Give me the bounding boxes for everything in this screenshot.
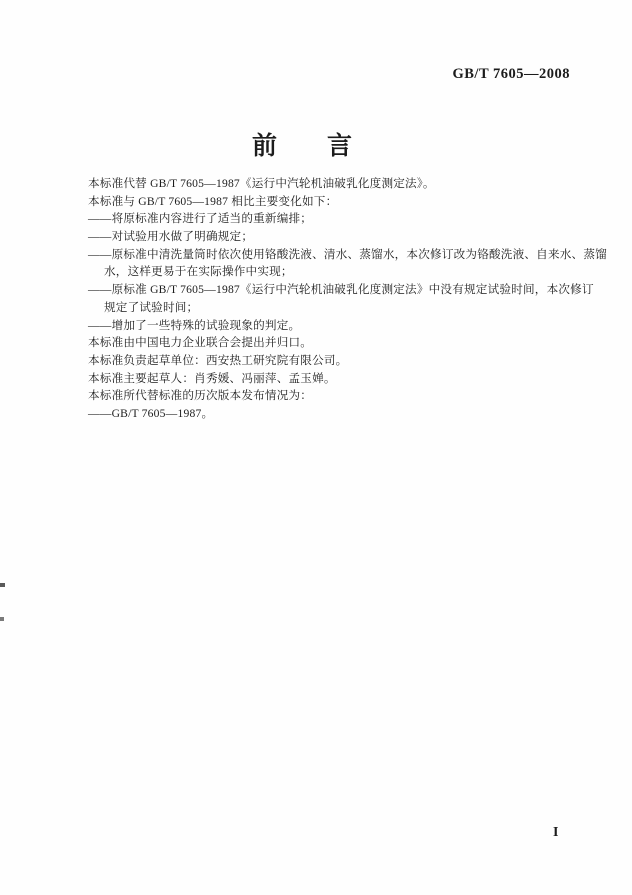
- foreword-line: ——对试验用水做了明确规定；: [88, 228, 578, 246]
- foreword-line: ——原标准中清洗量筒时依次使用铬酸洗液、清水、蒸馏水，本次修订改为铬酸洗液、自来…: [88, 246, 578, 264]
- foreword-line: 本标准代替 GB/T 7605—1987《运行中汽轮机油破乳化度测定法》。: [88, 175, 578, 193]
- foreword-line: 水，这样更易于在实际操作中实现；: [88, 263, 578, 281]
- foreword-line: 本标准所代替标准的历次版本发布情况为：: [88, 387, 578, 405]
- foreword-line: ——增加了一些特殊的试验现象的判定。: [88, 317, 578, 335]
- foreword-line: 规定了试验时间；: [88, 299, 578, 317]
- foreword-line: 本标准与 GB/T 7605—1987 相比主要变化如下：: [88, 193, 578, 211]
- foreword-body: 本标准代替 GB/T 7605—1987《运行中汽轮机油破乳化度测定法》。本标准…: [88, 175, 578, 423]
- foreword-line: ——将原标准内容进行了适当的重新编排；: [88, 210, 578, 228]
- foreword-line: ——GB/T 7605—1987。: [88, 405, 578, 423]
- standard-code-header: GB/T 7605—2008: [452, 66, 570, 83]
- scan-speck-1: [0, 583, 5, 587]
- foreword-line: 本标准负责起草单位：西安热工研究院有限公司。: [88, 352, 578, 370]
- foreword-line: 本标准由中国电力企业联合会提出并归口。: [88, 334, 578, 352]
- scan-speck-2: [0, 617, 4, 621]
- document-page: GB/T 7605—2008 前 言 本标准代替 GB/T 7605—1987《…: [0, 0, 632, 895]
- foreword-title: 前 言: [0, 126, 604, 162]
- foreword-line: 本标准主要起草人：肖秀媛、冯丽萍、孟玉婵。: [88, 370, 578, 388]
- page-number: I: [553, 825, 558, 841]
- foreword-line: ——原标准 GB/T 7605—1987《运行中汽轮机油破乳化度测定法》中没有规…: [88, 281, 578, 299]
